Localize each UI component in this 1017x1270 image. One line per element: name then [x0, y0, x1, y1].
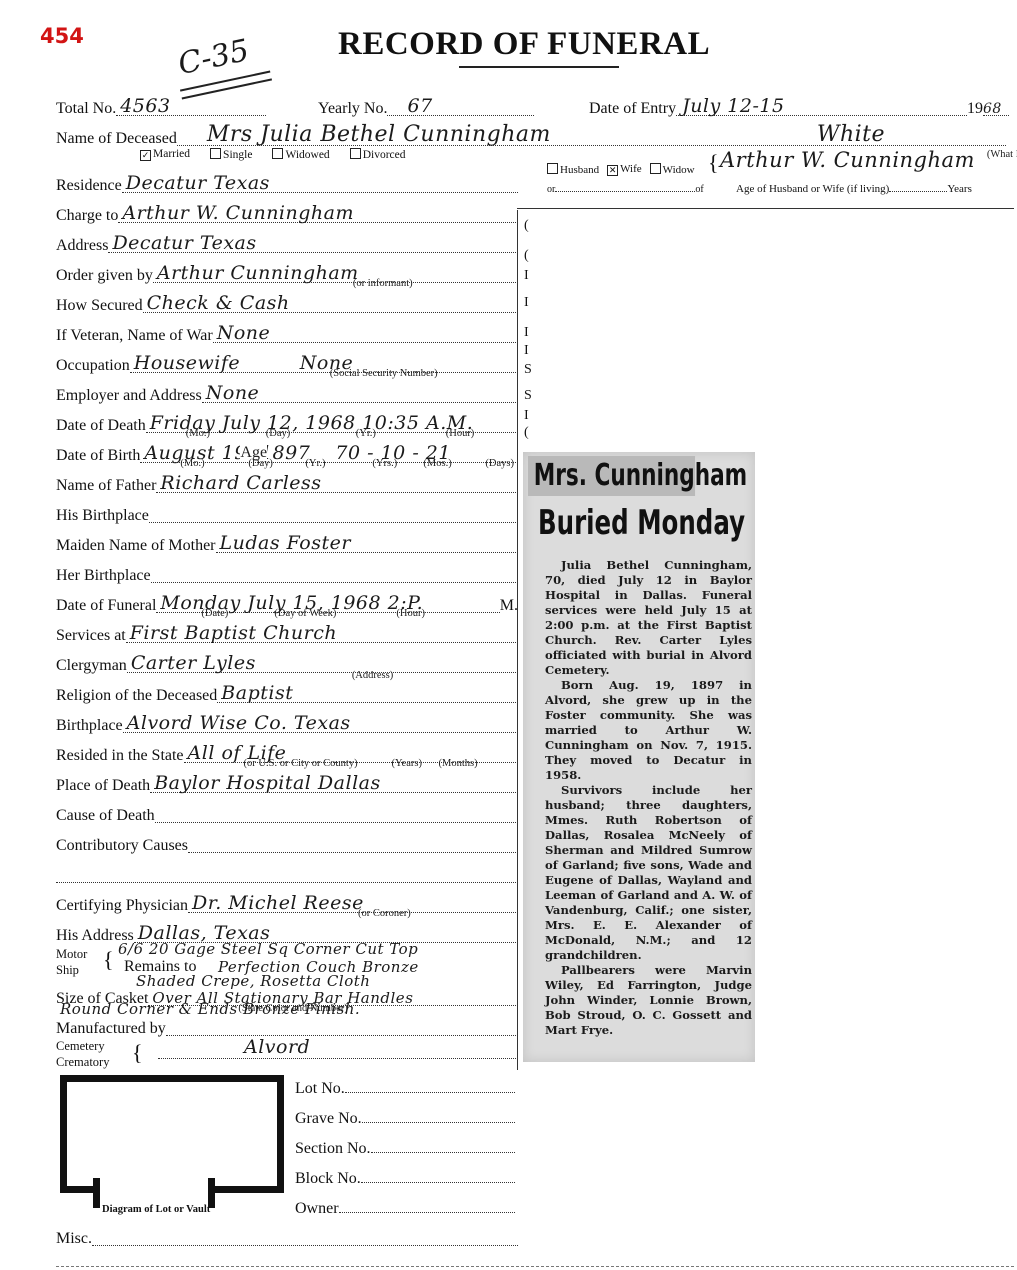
religion-value: Baptist: [221, 682, 293, 704]
contributory-label: Contributory Causes: [56, 837, 188, 857]
lot-field-lot-no[interactable]: Lot No.: [295, 1070, 515, 1098]
charge-to-value: Arthur W. Cunningham: [122, 202, 354, 224]
birthplace-field[interactable]: BirthplaceAlvord Wise Co. Texas: [56, 707, 518, 737]
clipping-paragraph: Julia Bethel Cunningham, 70, died July 1…: [545, 558, 752, 678]
clipping-headline-1: Mrs. Cunningham: [528, 456, 695, 496]
address-label: Address: [56, 237, 108, 257]
year-suffix: 68: [983, 101, 1002, 117]
clipping-paragraph: Born Aug. 19, 1897 in Alvord, she grew u…: [545, 678, 752, 783]
race-caption: (What Race): [987, 149, 1017, 160]
clipping-body: Julia Bethel Cunningham, 70, died July 1…: [545, 558, 752, 1038]
place-of-death-field[interactable]: Place of DeathBaylor Hospital Dallas: [56, 767, 518, 797]
divorced-checkbox[interactable]: Divorced: [350, 148, 406, 161]
year-prefix: 19: [967, 100, 983, 120]
husband-checkbox[interactable]: Husband: [547, 163, 599, 176]
veteran-label: If Veteran, Name of War: [56, 327, 213, 347]
religion-field[interactable]: Religion of the DeceasedBaptist: [56, 677, 518, 707]
lot-field-section-no[interactable]: Section No.: [295, 1130, 515, 1158]
margin-fragment: S: [524, 388, 532, 404]
occupation-field[interactable]: OccupationHousewifeNone(Social Security …: [56, 347, 518, 377]
lot-field-grave-no[interactable]: Grave No.: [295, 1100, 515, 1128]
date-of-entry-field[interactable]: Date of Entry July 12-15 19 68: [589, 90, 1009, 120]
lot-field-label: Grave No.: [295, 1110, 362, 1128]
birthplace-label: Birthplace: [56, 717, 123, 737]
services-at-field[interactable]: Services atFirst Baptist Church: [56, 617, 518, 647]
physician-label: Certifying Physician: [56, 897, 188, 917]
yearly-no-label: Yearly No.: [318, 100, 387, 120]
date-of-funeral-label: Date of Funeral: [56, 597, 156, 617]
occupation-label: Occupation: [56, 357, 130, 377]
diagram-label: Diagram of Lot or Vault: [102, 1204, 210, 1215]
lot-field-label: Block No.: [295, 1170, 361, 1188]
resided-label: Resided in the State: [56, 747, 184, 767]
spouse-name-value: Arthur W. Cunningham: [720, 148, 975, 1270]
date-of-funeral-field[interactable]: Date of FuneralMonday July 15, 1968 2:P.…: [56, 587, 518, 617]
cemetery-value: Alvord: [244, 1036, 310, 1058]
spouse-brace: {: [708, 150, 719, 176]
spouse-age-field[interactable]: Age of Husband or Wife (if living)Years: [736, 183, 972, 195]
clipping-headline-2: Buried Monday: [538, 503, 745, 543]
residence-field[interactable]: ResidenceDecatur Texas: [56, 167, 518, 197]
birthplace-value: Alvord Wise Co. Texas: [127, 712, 351, 734]
employer-value: None: [206, 382, 260, 404]
blank-line-field[interactable]: [56, 857, 518, 887]
services-at-label: Services at: [56, 627, 126, 647]
his-birthplace-label: His Birthplace: [56, 507, 149, 527]
religion-label: Religion of the Deceased: [56, 687, 217, 707]
address-value: Decatur Texas: [112, 232, 256, 254]
title-rule: [459, 66, 619, 68]
cemetery-brace: {: [132, 1040, 143, 1066]
deceased-name-value: Mrs Julia Bethel Cunningham: [207, 122, 551, 147]
place-of-death-label: Place of Death: [56, 777, 150, 797]
mother-value: Ludas Foster: [220, 532, 351, 554]
father-field[interactable]: Name of FatherRichard Carless: [56, 467, 518, 497]
her-birthplace-label: Her Birthplace: [56, 567, 151, 587]
place-of-death-value: Baylor Hospital Dallas: [154, 772, 381, 794]
lot-field-owner[interactable]: Owner: [295, 1190, 515, 1218]
address-field[interactable]: AddressDecatur Texas: [56, 227, 518, 257]
contributory-field[interactable]: Contributory Causes: [56, 827, 518, 857]
wife-checkbox[interactable]: ✕Wife: [607, 163, 642, 176]
column-divider-horizontal: [517, 208, 1014, 209]
spouse-type-group: Husband ✕Wife Widow: [547, 163, 695, 176]
misc-label: Misc.: [56, 1230, 92, 1250]
order-given-by-value: Arthur Cunningham: [157, 262, 359, 284]
mother-field[interactable]: Maiden Name of MotherLudas Foster: [56, 527, 518, 557]
misc-field[interactable]: Misc.: [56, 1220, 518, 1250]
married-checkbox[interactable]: ✓Married: [140, 148, 190, 161]
deceased-name-label: Name of Deceased: [56, 130, 177, 150]
lot-field-label: Section No.: [295, 1140, 371, 1158]
lot-field-label: Lot No.: [295, 1080, 345, 1098]
yearly-no-field[interactable]: Yearly No. 67: [318, 90, 534, 120]
lot-field-label: Owner: [295, 1200, 339, 1218]
services-at-value: First Baptist Church: [130, 622, 337, 644]
clipping-paragraph: Survivors include her husband; three dau…: [545, 783, 752, 963]
total-no-field[interactable]: Total No. 4563: [56, 90, 266, 120]
total-no-label: Total No.: [56, 100, 116, 120]
employer-field[interactable]: Employer and AddressNone: [56, 377, 518, 407]
cause-of-death-label: Cause of Death: [56, 807, 155, 827]
how-secured-label: How Secured: [56, 297, 143, 317]
total-no-value: 4563: [120, 95, 170, 117]
margin-fragment: (: [524, 218, 529, 234]
yearly-no-value: 67: [407, 95, 432, 117]
margin-fragment: I: [524, 408, 529, 424]
clergyman-label: Clergyman: [56, 657, 127, 677]
margin-fragment: (: [524, 248, 529, 264]
residence-label: Residence: [56, 177, 122, 197]
clergyman-value: Carter Lyles: [131, 652, 256, 674]
date-of-birth-value: August 19, 1897: [144, 442, 310, 464]
time-suffix: M.: [500, 597, 518, 617]
margin-fragment: (: [524, 425, 529, 441]
cemetery-label: CemeteryCrematory: [56, 1038, 109, 1070]
residence-value: Decatur Texas: [126, 172, 270, 194]
marital-status-group: ✓Married Single Widowed Divorced: [140, 148, 405, 161]
how-secured-value: Check & Cash: [147, 292, 290, 314]
lot-field-block-no[interactable]: Block No.: [295, 1160, 515, 1188]
bottom-rule: [56, 1266, 1014, 1267]
clipping-paragraph: Pallbearers were Marvin Wiley, Ed Farrin…: [545, 963, 752, 1038]
how-secured-field[interactable]: How SecuredCheck & Cash: [56, 287, 518, 317]
date-of-death-field[interactable]: Date of DeathFriday July 12, 1968 10:35 …: [56, 407, 518, 437]
occupation-value: Housewife: [134, 352, 240, 374]
date-of-entry-value: July 12-15: [682, 95, 784, 117]
margin-fragment: I: [524, 295, 529, 311]
date-of-entry-label: Date of Entry: [589, 100, 676, 120]
her-birthplace-field[interactable]: Her Birthplace: [56, 557, 518, 587]
date-of-birth-label: Date of Birth: [56, 447, 140, 467]
father-label: Name of Father: [56, 477, 156, 497]
page-title: RECORD OF FUNERAL: [338, 26, 710, 63]
margin-fragment: I: [524, 343, 529, 359]
reference-mark: C-35: [175, 33, 252, 82]
race-value: White: [817, 122, 885, 147]
deceased-name-field[interactable]: Name of Deceased Mrs Julia Bethel Cunnin…: [56, 120, 1006, 150]
employer-label: Employer and Address: [56, 387, 202, 407]
cause-of-death-field[interactable]: Cause of Death: [56, 797, 518, 827]
charge-to-label: Charge to: [56, 207, 118, 227]
veteran-field[interactable]: If Veteran, Name of WarNone: [56, 317, 518, 347]
resided-field[interactable]: Resided in the StateAll of Life(or U.S. …: [56, 737, 518, 767]
motor-ship-label: MotorShip: [56, 946, 87, 978]
widow-checkbox[interactable]: Widow: [650, 163, 695, 176]
father-value: Richard Carless: [160, 472, 321, 494]
margin-fragment: S: [524, 362, 532, 378]
lot-diagram: [60, 1075, 284, 1193]
physician-field[interactable]: Certifying PhysicianDr. Michel Reese(or …: [56, 887, 518, 917]
page-number: 454: [40, 24, 84, 48]
margin-fragment: I: [524, 325, 529, 341]
motor-ship-brace: {: [103, 947, 114, 973]
cemetery-field[interactable]: Alvord: [158, 1038, 518, 1059]
clergyman-field[interactable]: ClergymanCarter Lyles(Address): [56, 647, 518, 677]
date-of-death-label: Date of Death: [56, 417, 146, 437]
single-checkbox[interactable]: Single: [210, 148, 252, 161]
order-given-by-label: Order given by: [56, 267, 153, 287]
order-given-by-field[interactable]: Order given byArthur Cunningham(or infor…: [56, 257, 518, 287]
date-of-birth-field[interactable]: Date of BirthAugust 19, 1897Age70 - 10 -…: [56, 437, 518, 467]
spouse-or-line: orof: [547, 184, 704, 195]
physician-value: Dr. Michel Reese: [192, 892, 364, 914]
charge-to-field[interactable]: Charge toArthur W. Cunningham: [56, 197, 518, 227]
widowed-checkbox[interactable]: Widowed: [272, 148, 329, 161]
margin-fragment: I: [524, 268, 529, 284]
mother-label: Maiden Name of Mother: [56, 537, 216, 557]
veteran-value: None: [217, 322, 271, 344]
manufacturer-label: Manufactured by: [56, 1020, 166, 1040]
his-birthplace-field[interactable]: His Birthplace: [56, 497, 518, 527]
